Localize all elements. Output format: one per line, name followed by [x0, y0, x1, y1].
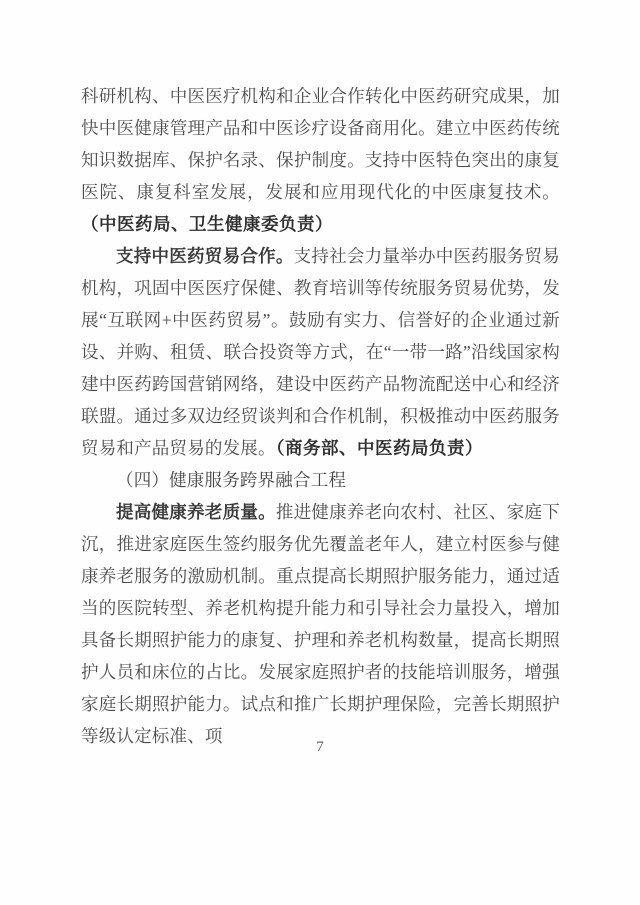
document-page: 科研机构、中医医疗机构和企业合作转化中医药研究成果，加快中医健康管理产品和中医诊… [0, 0, 640, 905]
text-run-lead: 支持中医药贸易合作。 [116, 246, 294, 266]
paragraph: （四）健康服务跨界融合工程 [81, 464, 560, 496]
text-run-lead: 提高健康养老质量。 [116, 502, 276, 522]
paragraph: 支持中医药贸易合作。支持社会力量举办中医药服务贸易机构，巩固中医医疗保健、教育培… [81, 240, 560, 464]
text-run-bold: （商务部、中医药局负责） [276, 438, 483, 458]
text-run-body: 推进健康养老向农村、社区、家庭下沉，推进家庭医生签约服务优先覆盖老年人，建立村医… [81, 502, 560, 746]
text-run-body: 科研机构、中医医疗机构和企业合作转化中医药研究成果，加快中医健康管理产品和中医诊… [81, 86, 560, 202]
paragraph: 科研机构、中医医疗机构和企业合作转化中医药研究成果，加快中医健康管理产品和中医诊… [81, 80, 560, 240]
paragraph: 提高健康养老质量。推进健康养老向农村、社区、家庭下沉，推进家庭医生签约服务优先覆… [81, 496, 560, 752]
text-run-body: 支持社会力量举办中医药服务贸易机构，巩固中医医疗保健、教育培训等传统服务贸易优势… [81, 246, 560, 458]
text-run-heading: （四）健康服务跨界融合工程 [116, 470, 346, 490]
page-number: 7 [0, 736, 640, 758]
text-run-bold: （中医药局、卫生健康委负责） [81, 214, 333, 234]
page-content: 科研机构、中医医疗机构和企业合作转化中医药研究成果，加快中医健康管理产品和中医诊… [81, 80, 560, 752]
